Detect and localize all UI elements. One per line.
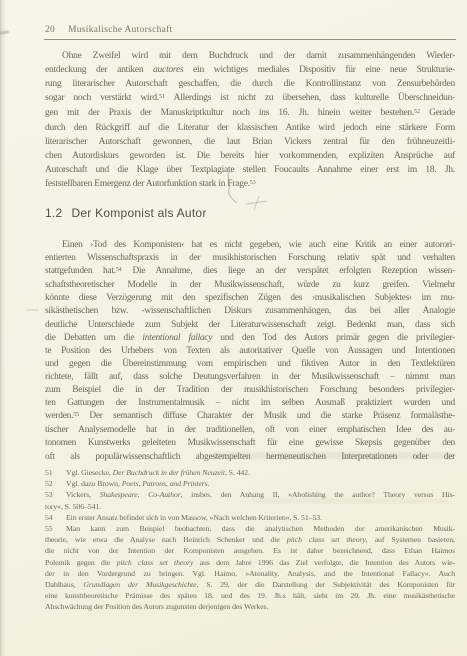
footnote-line: 53Vickers, Shakespeare, Co-Author, insbe… — [45, 489, 455, 500]
text-segment: te Position des Urhebers von Texten als … — [45, 346, 455, 356]
footnote-line: Abschwächung der Position des Autors zug… — [45, 601, 455, 612]
text-segment: Polemik gegen die — [45, 558, 117, 567]
text-line: chen Autordiskurs geworden ist. Die bere… — [45, 149, 455, 163]
text-segment: die Debatten um die — [45, 333, 142, 343]
text-segment: Vgl. dazu Brown, — [66, 479, 122, 488]
text-segment: Vgl. Giesecke, — [66, 468, 113, 477]
text-segment: , auf Systemen basieren, — [366, 535, 455, 544]
text-segment: Poets, Patrons, and Printers — [122, 479, 208, 488]
text-line: deutliche Unterschiede zum Subjekt der L… — [45, 319, 455, 332]
text-segment: aus dem Jahre 1996 das Ziel verfolgte, d… — [193, 558, 455, 567]
text-segment: Grundlagen der Musikgeschichte — [83, 580, 196, 589]
header-rule — [44, 39, 456, 40]
text-segment: ein wichtiges mediales Dispositiv für ei… — [183, 65, 455, 75]
text-segment: tonomen Kunstwerks geleiteten Musikwisse… — [45, 438, 455, 448]
text-segment: Dahlhaus, — [45, 580, 83, 589]
text-segment: Vickers, — [66, 490, 100, 499]
text-segment: der in den Vordergrund zu bringen. Vgl. … — [45, 569, 455, 578]
text-segment: Der semantisch diffuse Charakter der Mus… — [79, 411, 455, 421]
footnote-line: theorie, wie etwa die Analyse nach Heinr… — [45, 534, 455, 545]
footnote-number: 52 — [45, 478, 66, 489]
footnote-line: Dahlhaus, Grundlagen der Musikgeschichte… — [45, 579, 455, 590]
text-segment: Abschwächung der Position des Autors zug… — [45, 602, 268, 611]
text-segment: könnte diese Verzögerung mit den spezifi… — [45, 293, 455, 303]
text-line: te Position des Urhebers von Texten als … — [45, 345, 455, 358]
text-segment: werden. — [45, 411, 73, 421]
text-segment: Einen ›Tod des Komponisten‹ hat es nicht… — [62, 240, 455, 250]
ink-bleedthrough-smudge — [210, 452, 454, 459]
text-segment: richtete, fällt auf, dass solche Deutung… — [45, 372, 455, 382]
text-line: richtete, fällt auf, dass solche Deutung… — [45, 371, 455, 384]
text-line: und gegen die Übereinstimmung vom empiri… — [45, 358, 455, 371]
page-number: 20 — [45, 25, 55, 35]
text-segment: pitch class set theory — [117, 558, 194, 567]
text-line: tischer Analysemodelle hat in der tradit… — [45, 424, 455, 437]
text-segment: rung literarischer Autorschaft geschaffe… — [45, 79, 455, 89]
text-segment: stattgefunden hat. — [45, 266, 116, 276]
text-segment: entdeckung der antiken — [45, 65, 153, 75]
text-line: tonomen Kunstwerks geleiteten Musikwisse… — [45, 437, 455, 450]
text-segment: tory«, S. 506–541. — [45, 502, 101, 511]
text-segment: , insbes. den Anhang II, »Abolishing the… — [181, 490, 455, 499]
text-line: rung literarischer Autorschaft geschaffe… — [45, 77, 455, 91]
section-heading: 1.2Der Komponist als Autor — [45, 206, 207, 220]
text-segment: und den Tod des Autors primär gegen die … — [212, 333, 455, 343]
text-segment: eine kunsttheoretische Prämisse des spät… — [45, 591, 455, 600]
footnote-marker: 54 — [116, 267, 122, 273]
text-segment: durch den Rückgriff auf die Literatur de… — [45, 123, 455, 133]
text-line: gen mit der Praxis der Manuskriptkultur … — [45, 106, 455, 121]
text-segment: Gerade — [420, 108, 455, 118]
footnote-line: die nicht von der Intention der Komponis… — [45, 545, 455, 556]
footnote-number: 54 — [45, 512, 66, 523]
text-line: zum Beispiel die in der Tradition der mu… — [45, 384, 455, 397]
text-segment: Ohne Zweifel wird mit dem Buchdruck und … — [62, 51, 455, 61]
pencil-dash-mark — [26, 309, 39, 311]
text-segment: auctores — [153, 65, 183, 75]
text-line: literarischer Autorschaft gewonnen, die … — [45, 135, 455, 149]
text-line: die Debatten um die intentional fallacy … — [45, 332, 455, 345]
text-segment: und gegen die Übereinstimmung vom empiri… — [45, 359, 455, 369]
text-line: werden.55 Der semantisch diffuse Charakt… — [45, 410, 455, 424]
text-line: sikästhetischen bzw. -wissenschaftlichen… — [45, 305, 455, 318]
text-line: schaftstheoretischer Modelle in der Musi… — [45, 279, 455, 292]
text-segment: Shakespeare, Co-Author — [100, 490, 181, 499]
text-segment: sikästhetischen bzw. -wissenschaftlichen… — [45, 306, 455, 316]
text-segment: Ein erster Ansatz befindet sich in von M… — [66, 513, 322, 522]
footnote-line: der in den Vordergrund zu bringen. Vgl. … — [45, 568, 455, 579]
footnote-line: tory«, S. 506–541. — [45, 501, 455, 512]
footnote-line: 54Ein erster Ansatz befindet sich in von… — [45, 512, 455, 523]
text-segment: Allerdings ist nicht zu übersehen, dass … — [165, 93, 455, 103]
footnote-line: 52Vgl. dazu Brown, Poets, Patrons, and P… — [45, 478, 455, 489]
text-segment: Die Annahme, dies liege an der verspätet… — [122, 266, 455, 276]
text-segment: ten Gattungen der Instrumentalmusik – ni… — [45, 398, 455, 408]
text-segment: Man kann zum Beispiel beobachten, dass d… — [66, 524, 455, 533]
text-line: entierten Wissenschaftspraxis in der mus… — [45, 252, 455, 265]
running-header: 20Musikalische Autorschaft — [45, 25, 455, 35]
text-segment: tischer Analysemodelle hat in der tradit… — [45, 425, 455, 435]
footnote-line: Polemik gegen die pitch class set theory… — [45, 557, 455, 568]
text-segment: gen mit der Praxis der Manuskriptkultur … — [45, 108, 414, 118]
text-line: Ohne Zweifel wird mit dem Buchdruck und … — [45, 49, 455, 63]
footnote-marker: 51 — [159, 94, 165, 100]
text-segment: chen Autordiskurs geworden ist. Die bere… — [45, 151, 455, 161]
footnote-number: 55 — [45, 523, 66, 534]
text-line: durch den Rückgriff auf die Literatur de… — [45, 121, 455, 135]
text-line: stattgefunden hat.54 Die Annahme, dies l… — [45, 265, 455, 279]
text-segment: theorie, wie etwa die Analyse nach Heinr… — [45, 535, 287, 544]
footnote-number: 53 — [45, 489, 66, 500]
text-segment: schaftstheoretischer Modelle in der Musi… — [45, 280, 455, 290]
footnote-marker: 52 — [414, 109, 420, 115]
text-segment: , S. 442. — [225, 468, 250, 477]
book-page-scan: 20Musikalische Autorschaft Ohne Zweifel … — [0, 0, 467, 656]
text-segment: zum Beispiel die in der Tradition der mu… — [45, 385, 455, 395]
text-line: entdeckung der antiken auctores ein wich… — [45, 63, 455, 77]
footnote-number: 51 — [45, 467, 66, 478]
footnote-line: 55Man kann zum Beispiel beobachten, dass… — [45, 523, 455, 534]
page-edge-shadow — [0, 0, 6, 656]
text-segment: literarischer Autorschaft gewonnen, die … — [45, 137, 455, 147]
text-segment: . — [208, 479, 210, 488]
text-segment: deutliche Unterschiede zum Subjekt der L… — [45, 320, 455, 330]
text-line: sogar noch verstärkt wird.51 Allerdings … — [45, 91, 455, 106]
text-line: Einen ›Tod des Komponisten‹ hat es nicht… — [45, 239, 455, 252]
text-segment: die nicht von der Intention der Komponis… — [45, 546, 455, 555]
pencil-mark — [214, 170, 278, 218]
footnotes-block: 51Vgl. Giesecke, Der Buchdruck in der fr… — [45, 467, 455, 613]
text-line: ten Gattungen der Instrumentalmusik – ni… — [45, 397, 455, 410]
text-line: könnte diese Verzögerung mit den spezifi… — [45, 292, 455, 305]
text-segment: Der Buchdruck in der frühen Neuzeit — [113, 468, 225, 477]
text-segment: , S. 29, der die Darstellung der Subjekt… — [196, 580, 455, 589]
footnote-marker: 55 — [73, 412, 79, 418]
running-title: Musikalische Autorschaft — [68, 25, 172, 35]
footnote-line: eine kunsttheoretische Prämisse des spät… — [45, 590, 455, 601]
text-segment: entierten Wissenschaftspraxis in der mus… — [45, 253, 455, 263]
section-title: Der Komponist als Autor — [71, 206, 206, 220]
section-number: 1.2 — [45, 206, 62, 220]
text-segment: sogar noch verstärkt wird. — [45, 93, 159, 103]
text-segment: intentional fallacy — [142, 333, 212, 343]
paragraph-2: Einen ›Tod des Komponisten‹ hat es nicht… — [45, 239, 455, 464]
footnote-line: 51Vgl. Giesecke, Der Buchdruck in der fr… — [45, 467, 455, 478]
text-segment: pitch class set theory — [287, 535, 366, 544]
